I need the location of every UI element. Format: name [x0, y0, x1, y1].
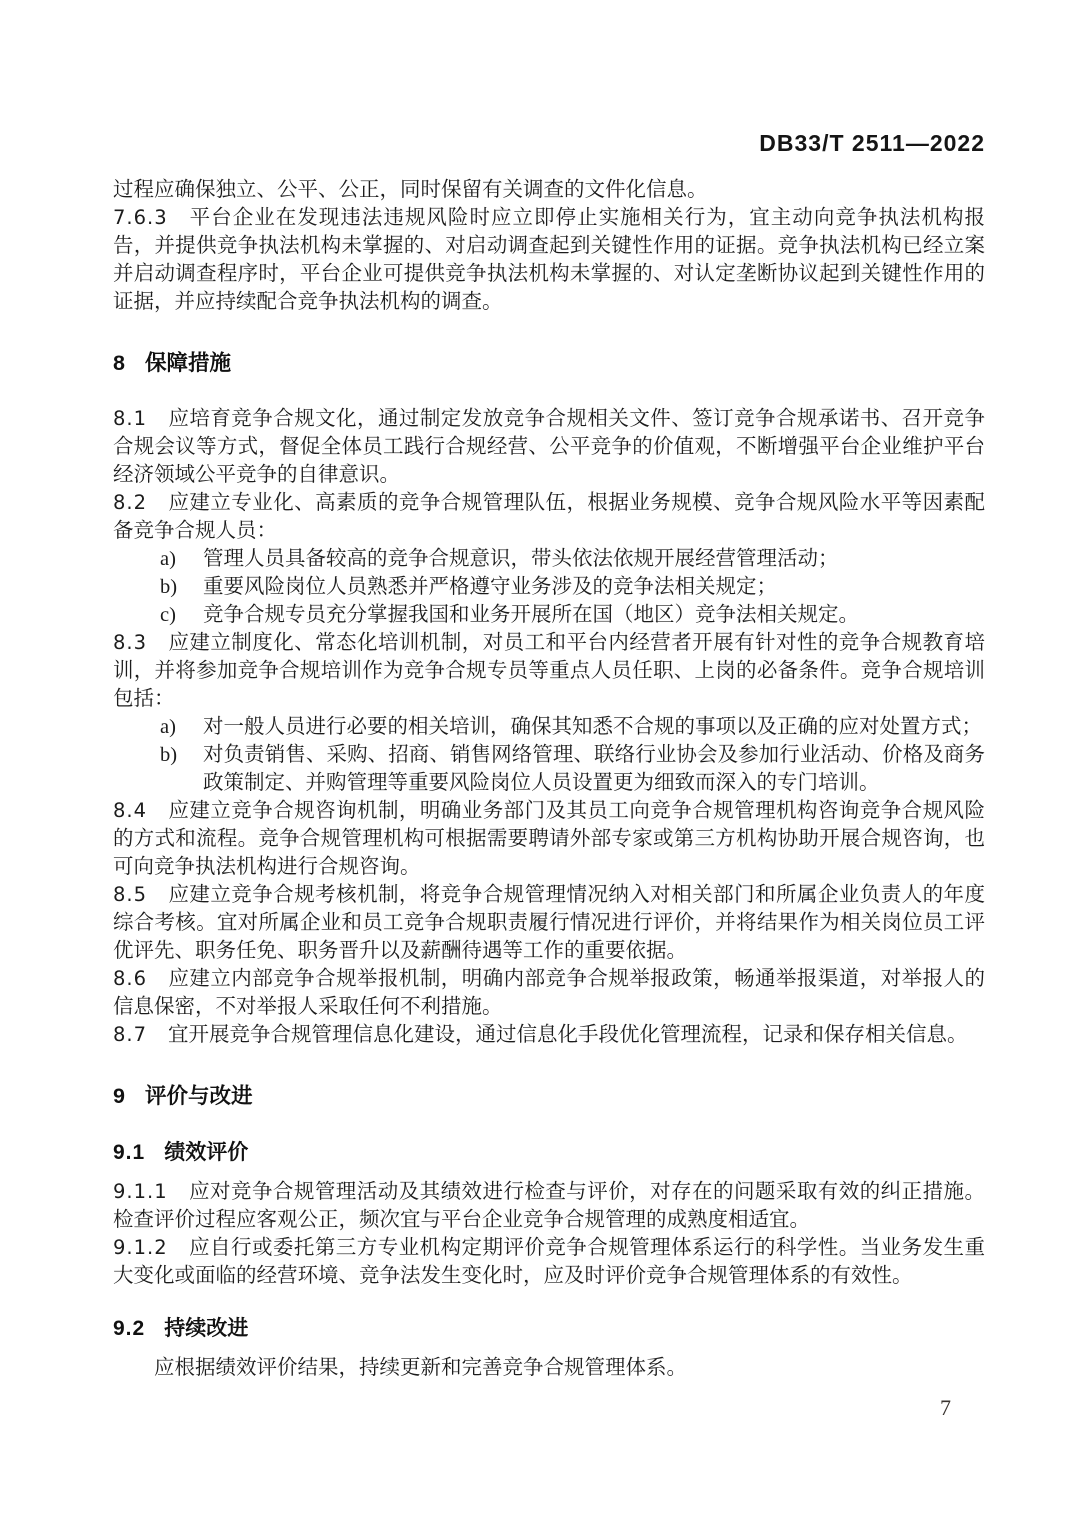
clause-text: 应根据绩效评价结果，持续更新和完善竞争合规管理体系。 — [113, 1354, 985, 1382]
clause-number: 9.2 — [113, 1317, 164, 1340]
clause-number: 8 — [113, 351, 145, 375]
document-content: 过程应确保独立、公平、公正，同时保留有关调查的文件化信息。7.6.3平台企业在发… — [113, 176, 985, 1382]
clause-8-3-item-a: a)对一般人员进行必要的相关培训，确保其知悉不合规的事项以及正确的应对处置方式； — [113, 713, 985, 741]
document-page: DB33/T 2511—2022 过程应确保独立、公平、公正，同时保留有关调查的… — [0, 0, 1080, 1527]
clause-text: 评价与改进 — [145, 1084, 253, 1108]
section-9-heading: 9评价与改进 — [113, 1081, 985, 1111]
clause-9-1-2: 9.1.2应自行或委托第三方专业机构定期评价竞争合规管理体系运行的科学性。当业务… — [113, 1234, 985, 1290]
clause-text: 平台企业在发现违法违规风险时应立即停止实施相关行为，宜主动向竞争执法机构报告，并… — [113, 207, 985, 313]
clause-8-2-item-a: a)管理人员具备较高的竞争合规意识，带头依法依规开展经营管理活动； — [113, 545, 985, 573]
clause-8-7: 8.7宜开展竞争合规管理信息化建设，通过信息化手段优化管理流程，记录和保存相关信… — [113, 1021, 985, 1049]
clause-text: 应建立专业化、高素质的竞争合规管理队伍，根据业务规模、竞争合规风险水平等因素配备… — [113, 492, 985, 542]
list-item-label: b) — [160, 741, 177, 769]
clause-text: 过程应确保独立、公平、公正，同时保留有关调查的文件化信息。 — [113, 179, 708, 201]
clause-text: 应建立制度化、常态化培训机制，对员工和平台内经营者开展有针对性的竞争合规教育培训… — [113, 632, 985, 710]
clause-number: 8.3 — [113, 631, 168, 654]
clause-text: 绩效评价 — [164, 1141, 248, 1164]
list-item-label: b) — [160, 573, 177, 601]
clause-8-3: 8.3应建立制度化、常态化培训机制，对员工和平台内经营者开展有针对性的竞争合规教… — [113, 629, 985, 713]
clause-text: 应建立竞争合规考核机制，将竞争合规管理情况纳入对相关部门和所属企业负责人的年度综… — [113, 884, 985, 962]
clause-text: 管理人员具备较高的竞争合规意识，带头依法依规开展经营管理活动； — [203, 548, 839, 570]
clause-8-2-item-b: b)重要风险岗位人员熟悉并严格遵守业务涉及的竞争法相关规定； — [113, 573, 985, 601]
clause-number: 9.1.1 — [113, 1180, 189, 1203]
section-8-heading: 8保障措施 — [113, 348, 985, 378]
clause-text: 应对竞争合规管理活动及其绩效进行检查与评价，对存在的问题采取有效的纠正措施。检查… — [113, 1181, 985, 1231]
clause-text: 应培育竞争合规文化，通过制定发放竞争合规相关文件、签订竞争合规承诺书、召开竞争合… — [113, 408, 985, 486]
clause-text: 重要风险岗位人员熟悉并严格遵守业务涉及的竞争法相关规定； — [203, 576, 777, 598]
clause-8-3-item-b: b)对负责销售、采购、招商、销售网络管理、联络行业协会及参加行业活动、价格及商务… — [113, 741, 985, 797]
clause-number: 9.1 — [113, 1141, 164, 1164]
clause-8-1: 8.1应培育竞争合规文化，通过制定发放竞争合规相关文件、签订竞争合规承诺书、召开… — [113, 405, 985, 489]
section-9-2-heading: 9.2持续改进 — [113, 1314, 985, 1344]
clause-7-6-2-continuation: 过程应确保独立、公平、公正，同时保留有关调查的文件化信息。 — [113, 176, 985, 204]
clause-8-2-item-c: c)竞争合规专员充分掌握我国和业务开展所在国（地区）竞争法相关规定。 — [113, 601, 985, 629]
clause-9-1-1: 9.1.1应对竞争合规管理活动及其绩效进行检查与评价，对存在的问题采取有效的纠正… — [113, 1178, 985, 1234]
list-item-label: a) — [160, 545, 176, 573]
clause-8-2: 8.2应建立专业化、高素质的竞争合规管理队伍，根据业务规模、竞争合规风险水平等因… — [113, 489, 985, 545]
clause-number: 7.6.3 — [113, 206, 189, 229]
clause-text: 对一般人员进行必要的相关培训，确保其知悉不合规的事项以及正确的应对处置方式； — [203, 716, 982, 738]
list-item-label: c) — [160, 601, 176, 629]
clause-text: 宜开展竞争合规管理信息化建设，通过信息化手段优化管理流程，记录和保存相关信息。 — [168, 1024, 968, 1046]
clause-text: 应建立内部竞争合规举报机制，明确内部竞争合规举报政策，畅通举报渠道，对举报人的信… — [113, 968, 985, 1018]
clause-8-4: 8.4应建立竞争合规咨询机制，明确业务部门及其员工向竞争合规管理机构咨询竞争合规… — [113, 797, 985, 881]
clause-text: 保障措施 — [145, 351, 231, 375]
page-number: 7 — [940, 1395, 951, 1421]
clause-number: 8.6 — [113, 967, 168, 990]
clause-number: 8.4 — [113, 799, 168, 822]
section-9-1-heading: 9.1绩效评价 — [113, 1138, 985, 1168]
clause-text: 应建立竞争合规咨询机制，明确业务部门及其员工向竞争合规管理机构咨询竞争合规风险的… — [113, 800, 985, 878]
clause-8-5: 8.5应建立竞争合规考核机制，将竞争合规管理情况纳入对相关部门和所属企业负责人的… — [113, 881, 985, 965]
standard-number: DB33/T 2511—2022 — [759, 130, 985, 157]
clause-text: 持续改进 — [164, 1317, 248, 1340]
clause-number: 9 — [113, 1084, 145, 1108]
clause-text: 应自行或委托第三方专业机构定期评价竞争合规管理体系运行的科学性。当业务发生重大变… — [113, 1237, 985, 1287]
clause-text: 对负责销售、采购、招商、销售网络管理、联络行业协会及参加行业活动、价格及商务政策… — [203, 744, 985, 794]
clause-9-2-body: 应根据绩效评价结果，持续更新和完善竞争合规管理体系。 — [113, 1354, 985, 1382]
clause-number: 8.5 — [113, 883, 168, 906]
clause-number: 8.2 — [113, 491, 168, 514]
clause-number: 8.1 — [113, 407, 168, 430]
clause-text: 竞争合规专员充分掌握我国和业务开展所在国（地区）竞争法相关规定。 — [203, 604, 859, 626]
clause-number: 9.1.2 — [113, 1236, 189, 1259]
clause-7-6-3: 7.6.3平台企业在发现违法违规风险时应立即停止实施相关行为，宜主动向竞争执法机… — [113, 204, 985, 316]
clause-8-6: 8.6应建立内部竞争合规举报机制，明确内部竞争合规举报政策，畅通举报渠道，对举报… — [113, 965, 985, 1021]
list-item-label: a) — [160, 713, 176, 741]
clause-number: 8.7 — [113, 1023, 168, 1046]
